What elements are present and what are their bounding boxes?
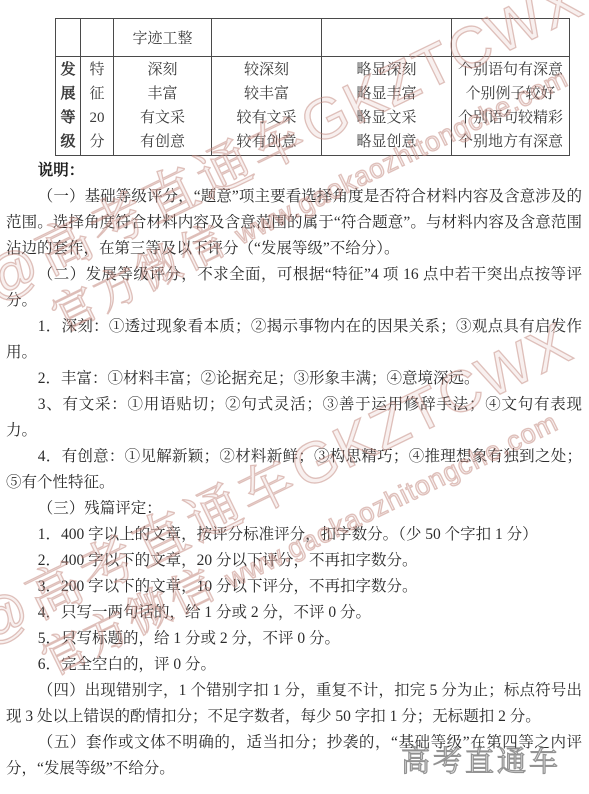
note-paragraph-15: （五）套作或文体不明确的，适当扣分；抄袭的，“基础等级”在第四等之内评分，“发展… <box>6 730 582 782</box>
note-paragraph-8: 1．400 字以上的文章，按评分标准评分，扣字数分。（少 50 个字扣 1 分） <box>6 522 582 548</box>
table-cell <box>322 19 452 57</box>
note-paragraph-6: 4．有创意：①见解新颖；②材料新鲜；③构思精巧；④推理想象有独到之处；⑤有个性特… <box>6 444 582 496</box>
note-paragraph-3: 1．深刻：①透过现象看本质；②揭示事物内在的因果关系；③观点具有启发作用。 <box>6 314 582 366</box>
table-row-handwriting: 字迹工整 <box>56 19 570 57</box>
table-cell <box>452 19 570 57</box>
document-page: @高考直通车GKZTCWX 官方微信www.gaokaozhitongche.c… <box>0 0 589 794</box>
table-cell-grade4-features: 个别语句有深意 个别例子较好 个别语句较精彩 个别地方有深意 <box>452 57 570 156</box>
table-header-feature-20pts: 特 征 20 分 <box>81 57 114 156</box>
note-paragraph-9: 2．400 字以下的文章，20 分以下评分，不再扣字数分。 <box>6 548 582 574</box>
note-paragraph-4: 2．丰富：①材料丰富；②论据充足；③形象丰满；④意境深远。 <box>6 366 582 392</box>
note-paragraph-10: 3．200 字以下的文章，10 分以下评分，不再扣字数分。 <box>6 574 582 600</box>
table-cell-grade1-features: 深刻 丰富 有文采 有创意 <box>114 57 212 156</box>
table-cell-handwriting-neat: 字迹工整 <box>114 19 212 57</box>
table-row-development-level: 发 展 等 级 特 征 20 分 深刻 丰富 有文采 有创意 较深刻 较丰富 较… <box>56 57 570 156</box>
table-cell-grade2-features: 较深刻 较丰富 较有文采 较有创意 <box>212 57 322 156</box>
table-header-development-level: 发 展 等 级 <box>56 57 81 156</box>
note-paragraph-1: （一）基础等级评分，“题意”项主要看选择角度是否符合材料内容及含意涉及的范围。选… <box>6 184 582 262</box>
note-paragraph-5: 3、有文采：①用语贴切；②句式灵活；③善于运用修辞手法；④文句有表现力。 <box>6 392 582 444</box>
rubric-table: 字迹工整 发 展 等 级 特 征 20 分 深刻 丰富 有文采 有创意 较深刻 … <box>55 18 570 156</box>
note-paragraph-2: （二）发展等级评分，不求全面，可根据“特征”4 项 16 点中若干突出点按等评分… <box>6 262 582 314</box>
table-cell <box>81 19 114 57</box>
note-paragraph-11: 4．只写一两句话的，给 1 分或 2 分，不评 0 分。 <box>6 600 582 626</box>
table-cell-grade3-features: 略显深刻 略显丰富 略显文采 略显创意 <box>322 57 452 156</box>
note-paragraph-13: 6．完全空白的，评 0 分。 <box>6 652 582 678</box>
note-paragraph-7: （三）残篇评定： <box>6 496 582 522</box>
table-cell <box>56 19 81 57</box>
notes-heading: 说明： <box>6 158 582 184</box>
note-paragraph-14: （四）出现错别字，1 个错别字扣 1 分，重复不计，扣完 5 分为止；标点符号出… <box>6 678 582 730</box>
notes-section: 说明： （一）基础等级评分，“题意”项主要看选择角度是否符合材料内容及含意涉及的… <box>6 158 582 782</box>
note-paragraph-12: 5．只写标题的，给 1 分或 2 分，不评 0 分。 <box>6 626 582 652</box>
table-cell <box>212 19 322 57</box>
